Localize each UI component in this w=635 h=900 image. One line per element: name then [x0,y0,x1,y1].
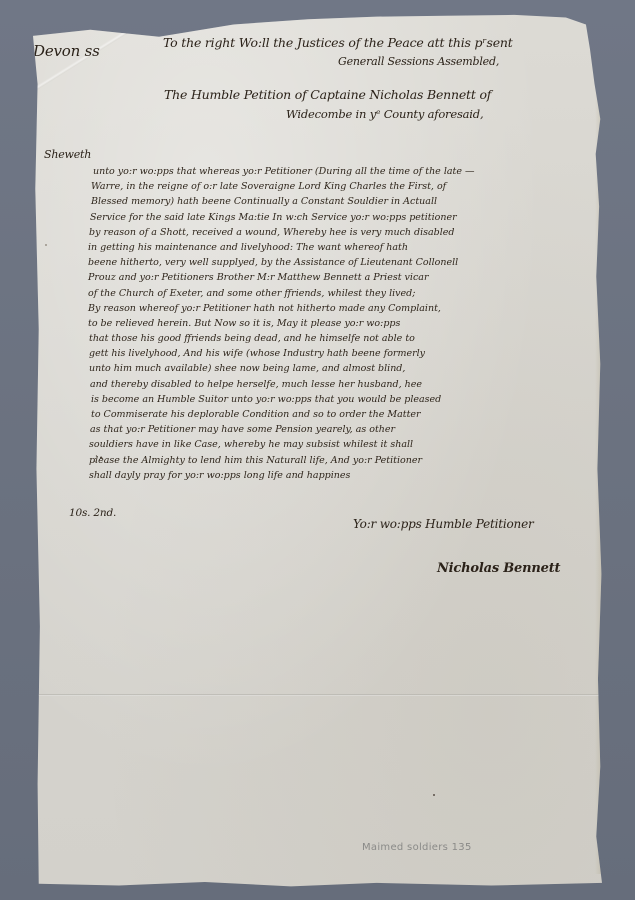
body-line: in getting his maintenance and livelyhoo… [88,240,588,255]
manuscript-page: Devon ss To the right Wo:ll the Justices… [33,14,606,889]
margin-ink-marks: ⋮• [91,454,103,463]
county-marginal-heading: Devon ss [33,42,100,60]
body-line: to Commiserate his deplorable Condition … [91,407,591,422]
body-line: is become an Humble Suitor unto yo:r wo:… [91,392,591,407]
petition-title-line-1: The Humble Petition of Captaine Nicholas… [164,87,491,102]
body-line: as that yo:r Petitioner may have some Pe… [90,422,590,437]
body-line: souldiers have in like Case, whereby he … [89,437,589,452]
body-line: unto yo:r wo:pps that whereas yo:r Petit… [93,164,593,179]
body-line: that those his good ffriends being dead,… [89,331,589,346]
margin-note: 10s. 2nd. [69,507,116,519]
archive-pencil-annotation: Maimed soldiers 135 [362,842,472,853]
closing-salutation: Yo:r wo:pps Humble Petitioner [353,517,534,531]
address-line-2: Generall Sessions Assembled, [338,55,499,68]
horizontal-fold-crease [33,694,606,696]
body-line: please the Almighty to lend him this Nat… [89,453,589,468]
body-line: and thereby disabled to helpe herselfe, … [90,377,590,392]
body-line: shall dayly pray for yo:r wo:pps long li… [89,468,589,483]
signature: Nicholas Bennett [437,561,560,576]
body-line: By reason whereof yo:r Petitioner hath n… [88,301,588,316]
sheweth-label: Sheweth [44,148,91,161]
address-line-1: To the right Wo:ll the Justices of the P… [163,35,513,50]
body-line: Service for the said late Kings Ma:tie I… [90,210,590,225]
petition-title-line-2: Widecombe in yᵉ County aforesaid, [286,107,483,121]
body-line: Blessed memory) hath beene Continually a… [91,194,591,209]
body-line: Warre, in the reigne of o:r late Soverai… [91,179,591,194]
body-line: Prouz and yo:r Petitioners Brother M:r M… [88,270,588,285]
body-line: gett his livelyhood, And his wife (whose… [89,346,589,361]
ink-speck [45,244,47,246]
body-line: to be relieved herein. But Now so it is,… [88,316,588,331]
body-line: of the Church of Exeter, and some other … [88,286,588,301]
petition-body: unto yo:r wo:pps that whereas yo:r Petit… [91,164,596,483]
ink-speck [433,794,435,796]
body-line: by reason of a Shott, received a wound, … [89,225,589,240]
body-line: unto him much available) shee now being … [89,361,589,376]
body-line: beene hitherto, very well supplyed, by t… [88,255,588,270]
